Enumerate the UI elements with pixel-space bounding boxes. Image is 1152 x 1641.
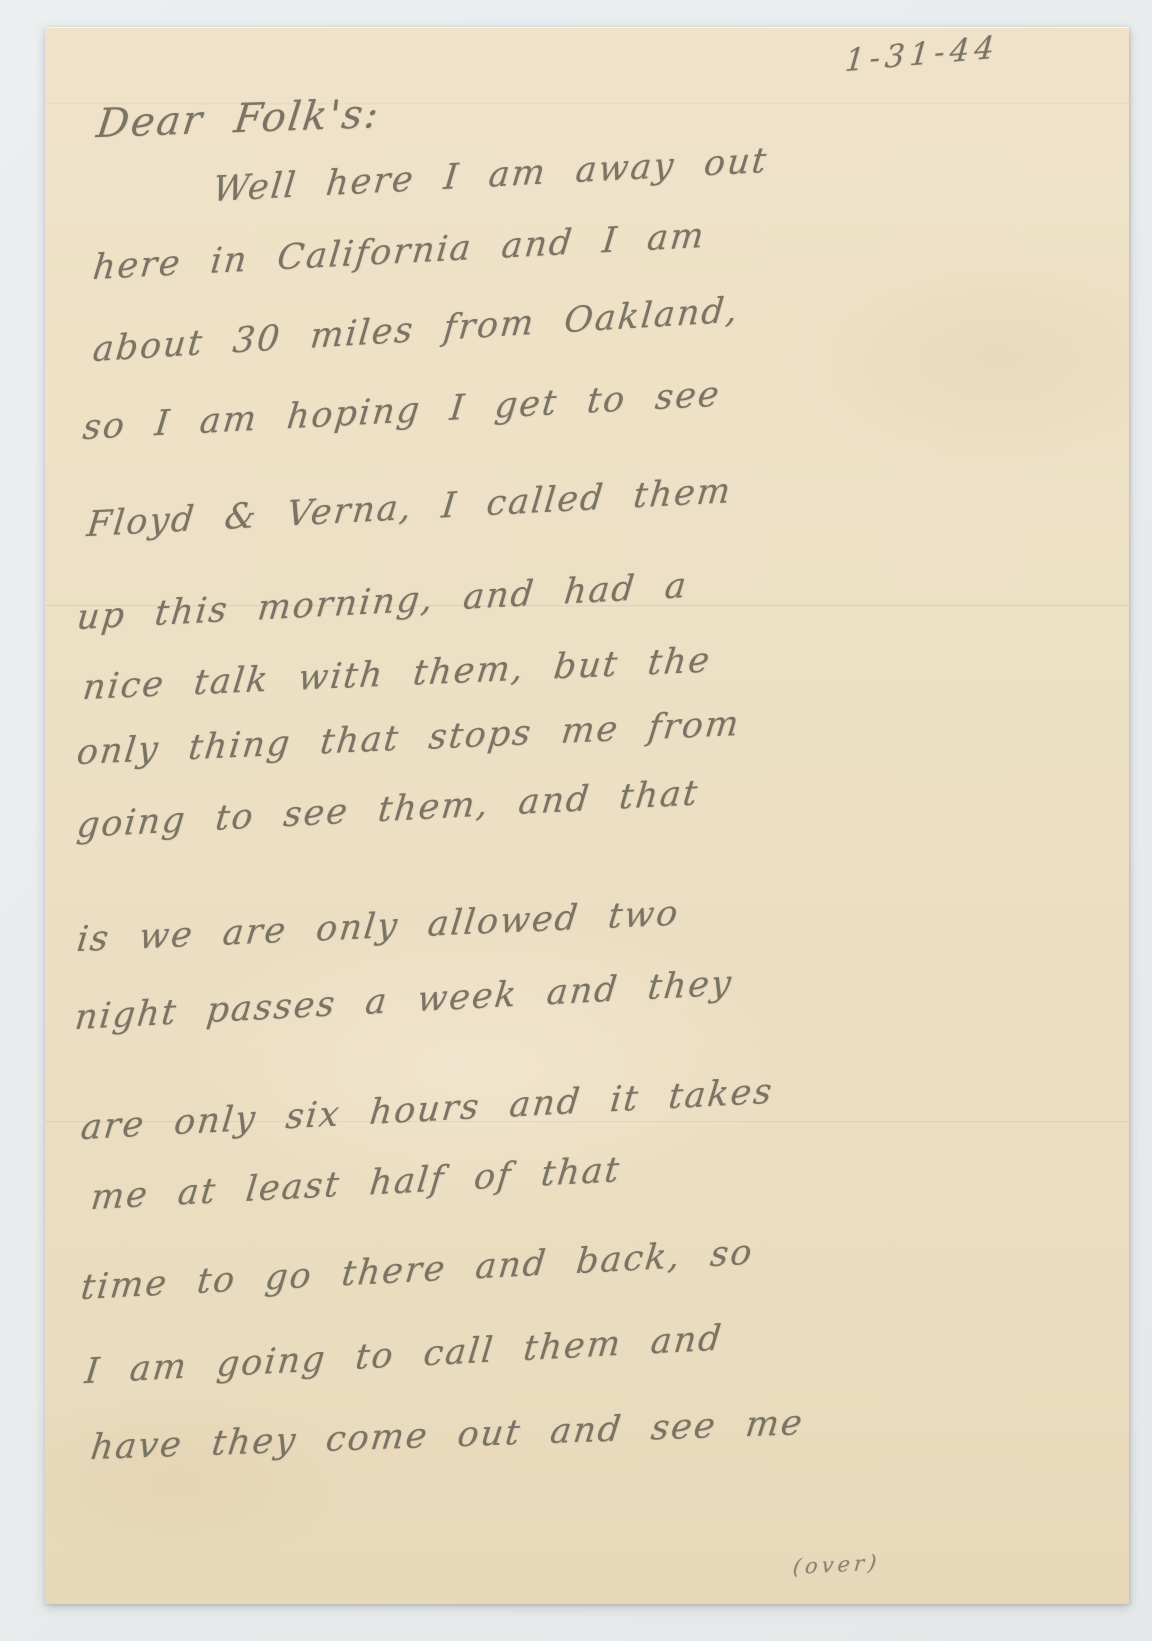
letter-line: are only six hours and it takes	[79, 1072, 776, 1149]
letter-line: nice talk with them, but the	[81, 640, 714, 708]
letter-line: have they come out and see me	[89, 1403, 807, 1468]
letter-line: so I am hoping I get to see	[81, 374, 723, 448]
page-over-note: (over)	[792, 1550, 882, 1579]
letter-line: Well here I am away out	[211, 141, 770, 210]
letter-line: going to see them, and that	[75, 773, 701, 846]
letter-line: night passes a week and they	[73, 963, 735, 1038]
scan-background: 1-31-44 Dear Folk's: Well here I am away…	[0, 0, 1152, 1641]
letter-line: up this morning, and had a	[75, 566, 690, 638]
letter-line: time to go there and back, so	[79, 1233, 756, 1309]
letter-line: me at least half of that	[89, 1150, 623, 1218]
letter-salutation: Dear Folk's:	[94, 91, 383, 147]
letter-line: Floyd & Verna, I called them	[85, 471, 734, 545]
letter-line: about 30 miles from Oakland,	[91, 290, 741, 370]
letter-line: here in California and I am	[91, 216, 708, 288]
letter-line: is we are only allowed two	[75, 894, 682, 961]
letter-line: I am going to call them and	[83, 1318, 725, 1392]
letter-page: 1-31-44 Dear Folk's: Well here I am away…	[45, 27, 1129, 1604]
letter-line: only thing that stops me from	[75, 704, 743, 773]
letter-date: 1-31-44	[843, 29, 1000, 79]
